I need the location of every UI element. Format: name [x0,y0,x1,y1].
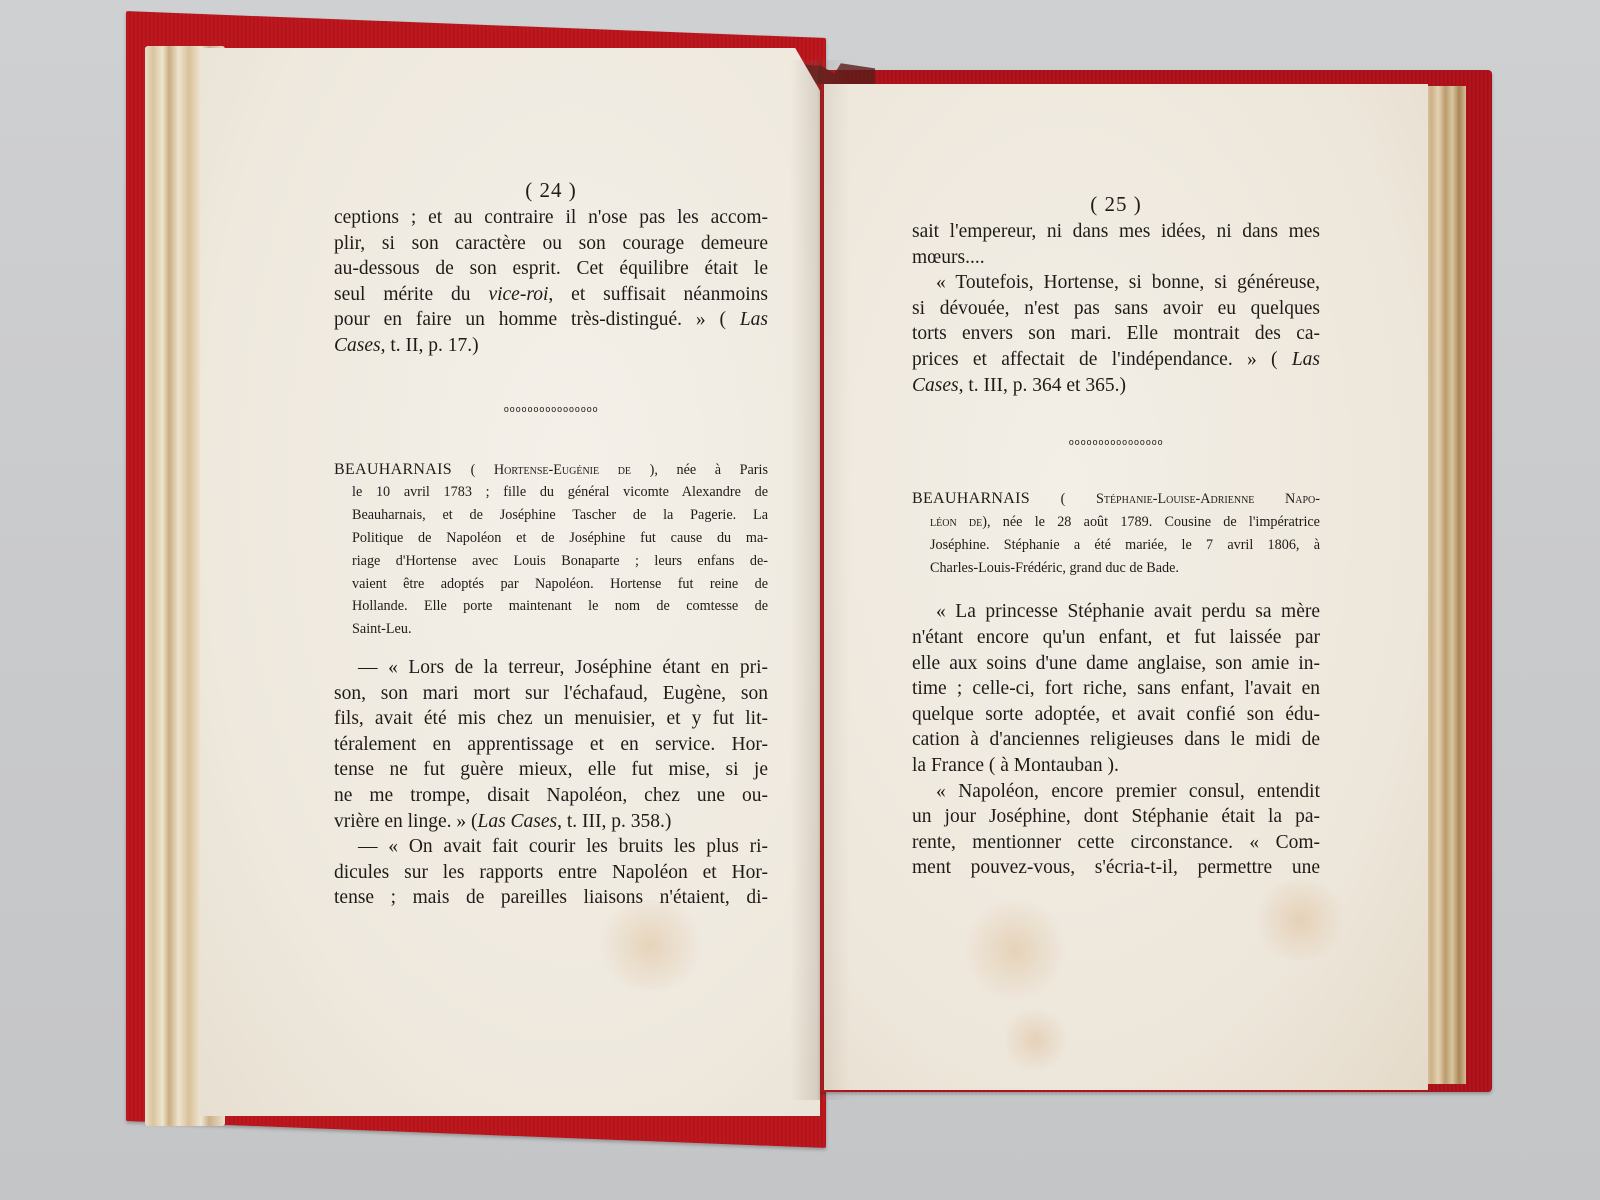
text-line: sait l'empereur, ni dans mes idées, ni d… [912,219,1320,245]
text-span: seul mérite du [334,284,488,305]
text-line: seul mérite du vice-roi, et suffisait né… [334,282,768,308]
page-number: ( 25 ) [912,192,1320,217]
text-span: , et suffisait néanmoins [548,284,768,305]
text-line: dicules sur les rapports entre Napoléon … [334,860,768,886]
text-line: son, son mari mort sur l'échafaud, Eugèn… [334,681,768,707]
text-line: quelque sorte adoptée, et avait confié s… [912,702,1320,728]
citation-ref: , t. III, p. 358.) [557,811,671,832]
text-line: léon de), née le 28 août 1789. Cousine d… [912,511,1320,534]
foxing-stain [1000,1010,1070,1070]
text-line: — « Lors de la terreur, Joséphine étant … [334,655,768,681]
text-line: time ; celle-ci, fort riche, sans enfant… [912,676,1320,702]
text-line: cation à d'anciennes religieuses dans le… [912,727,1320,753]
foxing-stain [590,900,710,990]
page-number: ( 24 ) [334,178,768,203]
text-line: au-dessous de son esprit. Cet équilibre … [334,256,768,282]
text-line: Hollande. Elle porte maintenant le nom d… [334,595,768,618]
text-line: Cases, t. II, p. 17.) [334,333,768,359]
citation-author: Las [1292,349,1320,370]
text-line: — « On avait fait courir les bruits les … [334,834,768,860]
text-line: elle aux soins d'une dame anglaise, son … [912,651,1320,677]
text-line: ceptions ; et au contraire il n'ose pas … [334,205,768,231]
text-line: un jour Joséphine, dont Stéphanie était … [912,804,1320,830]
text-line: pour en faire un homme très-distingué. »… [334,307,768,333]
text-line: Beauharnais, et de Joséphine Tascher de … [334,504,768,527]
text-line: mœurs.... [912,245,1320,271]
foxing-stain [1250,880,1350,960]
biographical-entry: BEAUHARNAIS ( Stéphanie-Louise-Adrienne … [912,488,1320,579]
entry-given-names: Hortense-Eugénie de [494,462,631,478]
text-line: torts envers son mari. Elle montrait des… [912,321,1320,347]
text-line: plir, si son caractère ou son courage de… [334,231,768,257]
text-line: Politique de Napoléon et de Joséphine fu… [334,527,768,550]
text-line: tense ne fut guère mieux, elle fut mise,… [334,757,768,783]
italic-term: vice-roi [488,284,548,305]
ornamental-separator: oooooooooooooooo [334,405,768,415]
text-line: si dévouée, n'est pas sans avoir eu quel… [912,296,1320,322]
text-line: Charles-Louis-Frédéric, grand duc de Bad… [912,557,1320,580]
gutter [790,60,850,1100]
text-span: pour en faire un homme très-distingué. »… [334,309,740,330]
citation-ref: , t. II, p. 17.) [381,335,479,356]
text-span: ), née à Paris [631,462,768,478]
text-line: Saint-Leu. [334,618,768,641]
text-line: tense ; mais de pareilles liaisons n'éta… [334,885,768,911]
citation-author: Las [740,309,768,330]
text-line: le 10 avril 1783 ; fille du général vico… [334,481,768,504]
citation-author: Cases [334,335,381,356]
text-line: « Napoléon, encore premier consul, enten… [912,779,1320,805]
text-span: ( [1030,491,1096,507]
citation-author: Cases [912,375,959,396]
text-span: ), née le 28 août 1789. Cousine de l'imp… [982,514,1320,530]
foxing-stain [960,900,1070,1000]
entry-given-names: léon de [930,514,982,530]
text-line: vaient être adoptés par Napoléon. Horten… [334,573,768,596]
text-line: la France ( à Montauban ). [912,753,1320,779]
text-line: ne me trompe, disait Napoléon, chez une … [334,783,768,809]
entry-surname: BEAUHARNAIS [334,461,452,478]
right-page-text: ( 25 ) sait l'empereur, ni dans mes idée… [912,192,1320,881]
text-line: téralement en apprentissage et en servic… [334,732,768,758]
left-page-text: ( 24 ) ceptions ; et au contraire il n'o… [334,178,768,911]
entry-surname: BEAUHARNAIS [912,490,1030,507]
citation-ref: , t. III, p. 364 et 365.) [959,375,1126,396]
text-span: prices et affectait de l'indépendance. »… [912,349,1292,370]
text-span: vrière en linge. » ( [334,811,477,832]
ornamental-separator: oooooooooooooooo [912,438,1320,448]
text-line: Cases, t. III, p. 364 et 365.) [912,373,1320,399]
text-line: n'étant encore qu'un enfant, et fut lais… [912,625,1320,651]
entry-heading-line: BEAUHARNAIS ( Hortense-Eugénie de ), née… [334,459,768,482]
text-line: ment pouvez-vous, s'écria-t-il, permettr… [912,855,1320,881]
text-line: rente, mentionner cette circonstance. « … [912,830,1320,856]
open-book: ( 24 ) ceptions ; et au contraire il n'o… [0,0,1600,1200]
text-line: vrière en linge. » (Las Cases, t. III, p… [334,809,768,835]
entry-heading-line: BEAUHARNAIS ( Stéphanie-Louise-Adrienne … [912,488,1320,511]
citation-author: Las Cases [477,811,557,832]
biographical-entry: BEAUHARNAIS ( Hortense-Eugénie de ), née… [334,459,768,641]
text-line: Joséphine. Stéphanie a été mariée, le 7 … [912,534,1320,557]
text-line: prices et affectait de l'indépendance. »… [912,347,1320,373]
text-line: riage d'Hortense avec Louis Bonaparte ; … [334,550,768,573]
text-line: « Toutefois, Hortense, si bonne, si géné… [912,270,1320,296]
text-line: fils, avait été mis chez un menuisier, e… [334,706,768,732]
text-span: ( [452,462,494,478]
text-line: « La princesse Stéphanie avait perdu sa … [912,599,1320,625]
entry-given-names: Stéphanie-Louise-Adrienne Napo- [1096,491,1320,507]
